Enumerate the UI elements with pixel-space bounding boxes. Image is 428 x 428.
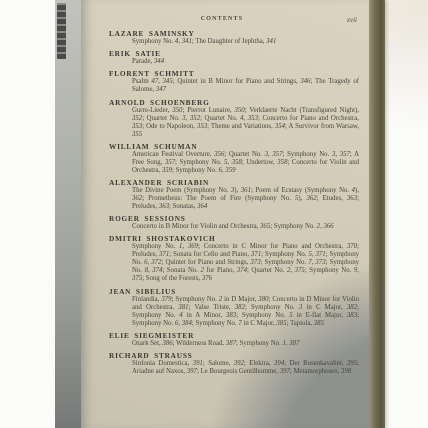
- toc-section: ROGER SESSIONS Concerto in B Minor for V…: [109, 214, 359, 231]
- toc-section: ELIE SIEGMEISTER Ozark Set, 386; Wildern…: [109, 331, 359, 348]
- toc-section: ARNOLD SCHOENBERG Gurre-Lieder, 350; Pie…: [109, 98, 359, 139]
- composer-heading: LAZARE SAMINSKY: [109, 29, 359, 38]
- composer-heading: ROGER SESSIONS: [109, 214, 359, 223]
- page-number: xvii: [347, 16, 357, 24]
- contents-page: CONTENTS xvii LAZARE SAMINSKY Symphony N…: [109, 16, 359, 379]
- toc-section: LAZARE SAMINSKY Symphony No. 4, 341; The…: [109, 29, 359, 46]
- contents-title: CONTENTS: [109, 16, 335, 22]
- toc-section: ERIK SATIE Parade, 344: [109, 49, 359, 66]
- works-list: Symphony No. 1, 369; Concerto in C Minor…: [132, 243, 359, 283]
- book-spine: [57, 3, 66, 59]
- page-right-edge: [369, 0, 385, 428]
- toc-section: RICHARD STRAUSS Sinfonia Domestica, 391;…: [109, 351, 359, 376]
- toc-section: JEAN SIBELIUS Finlandia, 379; Symphony N…: [109, 287, 359, 328]
- works-list: Concerto in B Minor for Violin and Orche…: [132, 223, 359, 231]
- page-header: CONTENTS xvii: [109, 16, 359, 28]
- composer-heading: ELIE SIEGMEISTER: [109, 331, 359, 340]
- page-stack-edge: [55, 0, 83, 428]
- composer-heading: WILLIAM SCHUMAN: [109, 142, 359, 151]
- composer-heading: ERIK SATIE: [109, 49, 359, 58]
- works-list: American Festival Overture, 356; Quartet…: [132, 151, 359, 175]
- works-list: Finlandia, 379; Symphony No. 2 in D Majo…: [132, 296, 359, 328]
- toc-section: ALEXANDER SCRIABIN The Divine Poem (Symp…: [109, 178, 359, 211]
- works-list: Ozark Set, 386; Wilderness Road, 387; Sy…: [132, 340, 359, 348]
- composer-heading: ARNOLD SCHOENBERG: [109, 98, 359, 107]
- toc-section: FLORENT SCHMITT Psalm 47, 345; Quintet i…: [109, 69, 359, 94]
- composer-heading: DMITRI SHOSTAKOVICH: [109, 234, 359, 243]
- works-list: Symphony No. 4, 341; The Daughter of Jep…: [132, 38, 359, 46]
- works-list: Psalm 47, 345; Quintet in B Minor for Pi…: [132, 78, 359, 94]
- composer-heading: FLORENT SCHMITT: [109, 69, 359, 78]
- composer-heading: RICHARD STRAUSS: [109, 351, 359, 360]
- works-list: Gurre-Lieder, 350; Pierrot Lunaire, 350;…: [132, 107, 359, 139]
- works-list: The Divine Poem (Symphony No. 3), 361; P…: [132, 187, 359, 211]
- book-photo: CONTENTS xvii LAZARE SAMINSKY Symphony N…: [0, 0, 428, 428]
- toc-section: WILLIAM SCHUMAN American Festival Overtu…: [109, 142, 359, 175]
- composer-heading: ALEXANDER SCRIABIN: [109, 178, 359, 187]
- works-list: Sinfonia Domestica, 391; Salome, 392; El…: [132, 360, 359, 376]
- toc-section: DMITRI SHOSTAKOVICH Symphony No. 1, 369;…: [109, 234, 359, 283]
- works-list: Parade, 344: [132, 58, 359, 66]
- composer-heading: JEAN SIBELIUS: [109, 287, 359, 296]
